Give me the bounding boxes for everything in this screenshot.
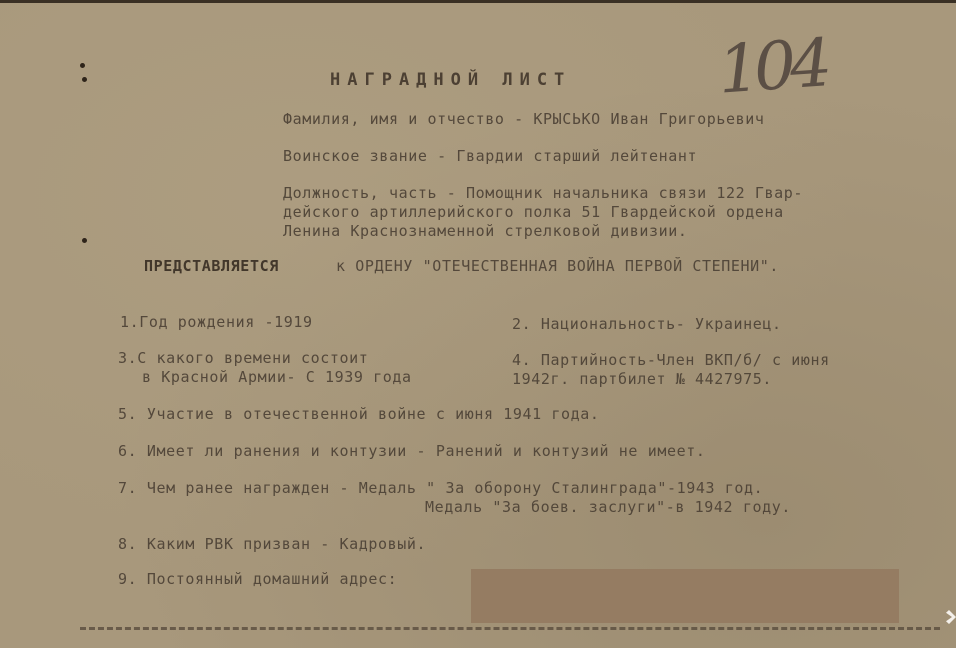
dashed-separator: [80, 627, 940, 630]
document-page: НАГРАДНОЙ ЛИСТ 104 Фамилия, имя и отчест…: [0, 0, 956, 648]
nomination-text: к ОРДЕНУ "ОТЕЧЕСТВЕННАЯ ВОЙНА ПЕРВОЙ СТЕ…: [336, 257, 779, 275]
item-awards-2: Медаль "За боев. заслуги"-в 1942 году.: [425, 498, 791, 516]
punch-hole: [80, 63, 85, 68]
page-edge-arrow-icon: [946, 610, 956, 624]
nomination-label: ПРЕДСТАВЛЯЕТСЯ: [144, 257, 279, 275]
item-party-1: 4. Партийность-Член ВКП/б/ с июня: [512, 351, 830, 369]
item-draft-office: 8. Каким РВК призван - Кадровый.: [118, 535, 426, 553]
item-nationality: 2. Национальность- Украинец.: [512, 315, 782, 333]
punch-hole: [82, 77, 87, 82]
item-birth-year: 1.Год рождения -1919: [120, 313, 313, 331]
position-line-2: дейского артиллерийского полка 51 Гварде…: [283, 203, 784, 221]
item-army-since-1: 3.С какого времени состоит: [118, 349, 368, 367]
item-army-since-2: в Красной Армии- С 1939 года: [142, 368, 412, 386]
item-awards-1: 7. Чем ранее награжден - Медаль " За обо…: [118, 479, 763, 497]
redacted-address: [471, 569, 899, 623]
full-name-line: Фамилия, имя и отчество - КРЫСЬКО Иван Г…: [283, 110, 765, 128]
rank-line: Воинское звание - Гвардии старший лейтен…: [283, 147, 697, 165]
item-party-2: 1942г. партбилет № 4427975.: [512, 370, 772, 388]
punch-hole: [82, 238, 87, 243]
item-wounds: 6. Имеет ли ранения и контузии - Ранений…: [118, 442, 705, 460]
position-line-3: Ленина Краснознаменной стрелковой дивизи…: [283, 222, 688, 240]
page-top-edge: [0, 0, 956, 3]
item-war-participation: 5. Участие в отечественной войне с июня …: [118, 405, 600, 423]
position-line-1: Должность, часть - Помощник начальника с…: [283, 184, 803, 202]
document-title: НАГРАДНОЙ ЛИСТ: [330, 70, 571, 90]
handwritten-page-number: 104: [715, 24, 828, 108]
item-address-label: 9. Постоянный домашний адрес:: [118, 570, 397, 588]
